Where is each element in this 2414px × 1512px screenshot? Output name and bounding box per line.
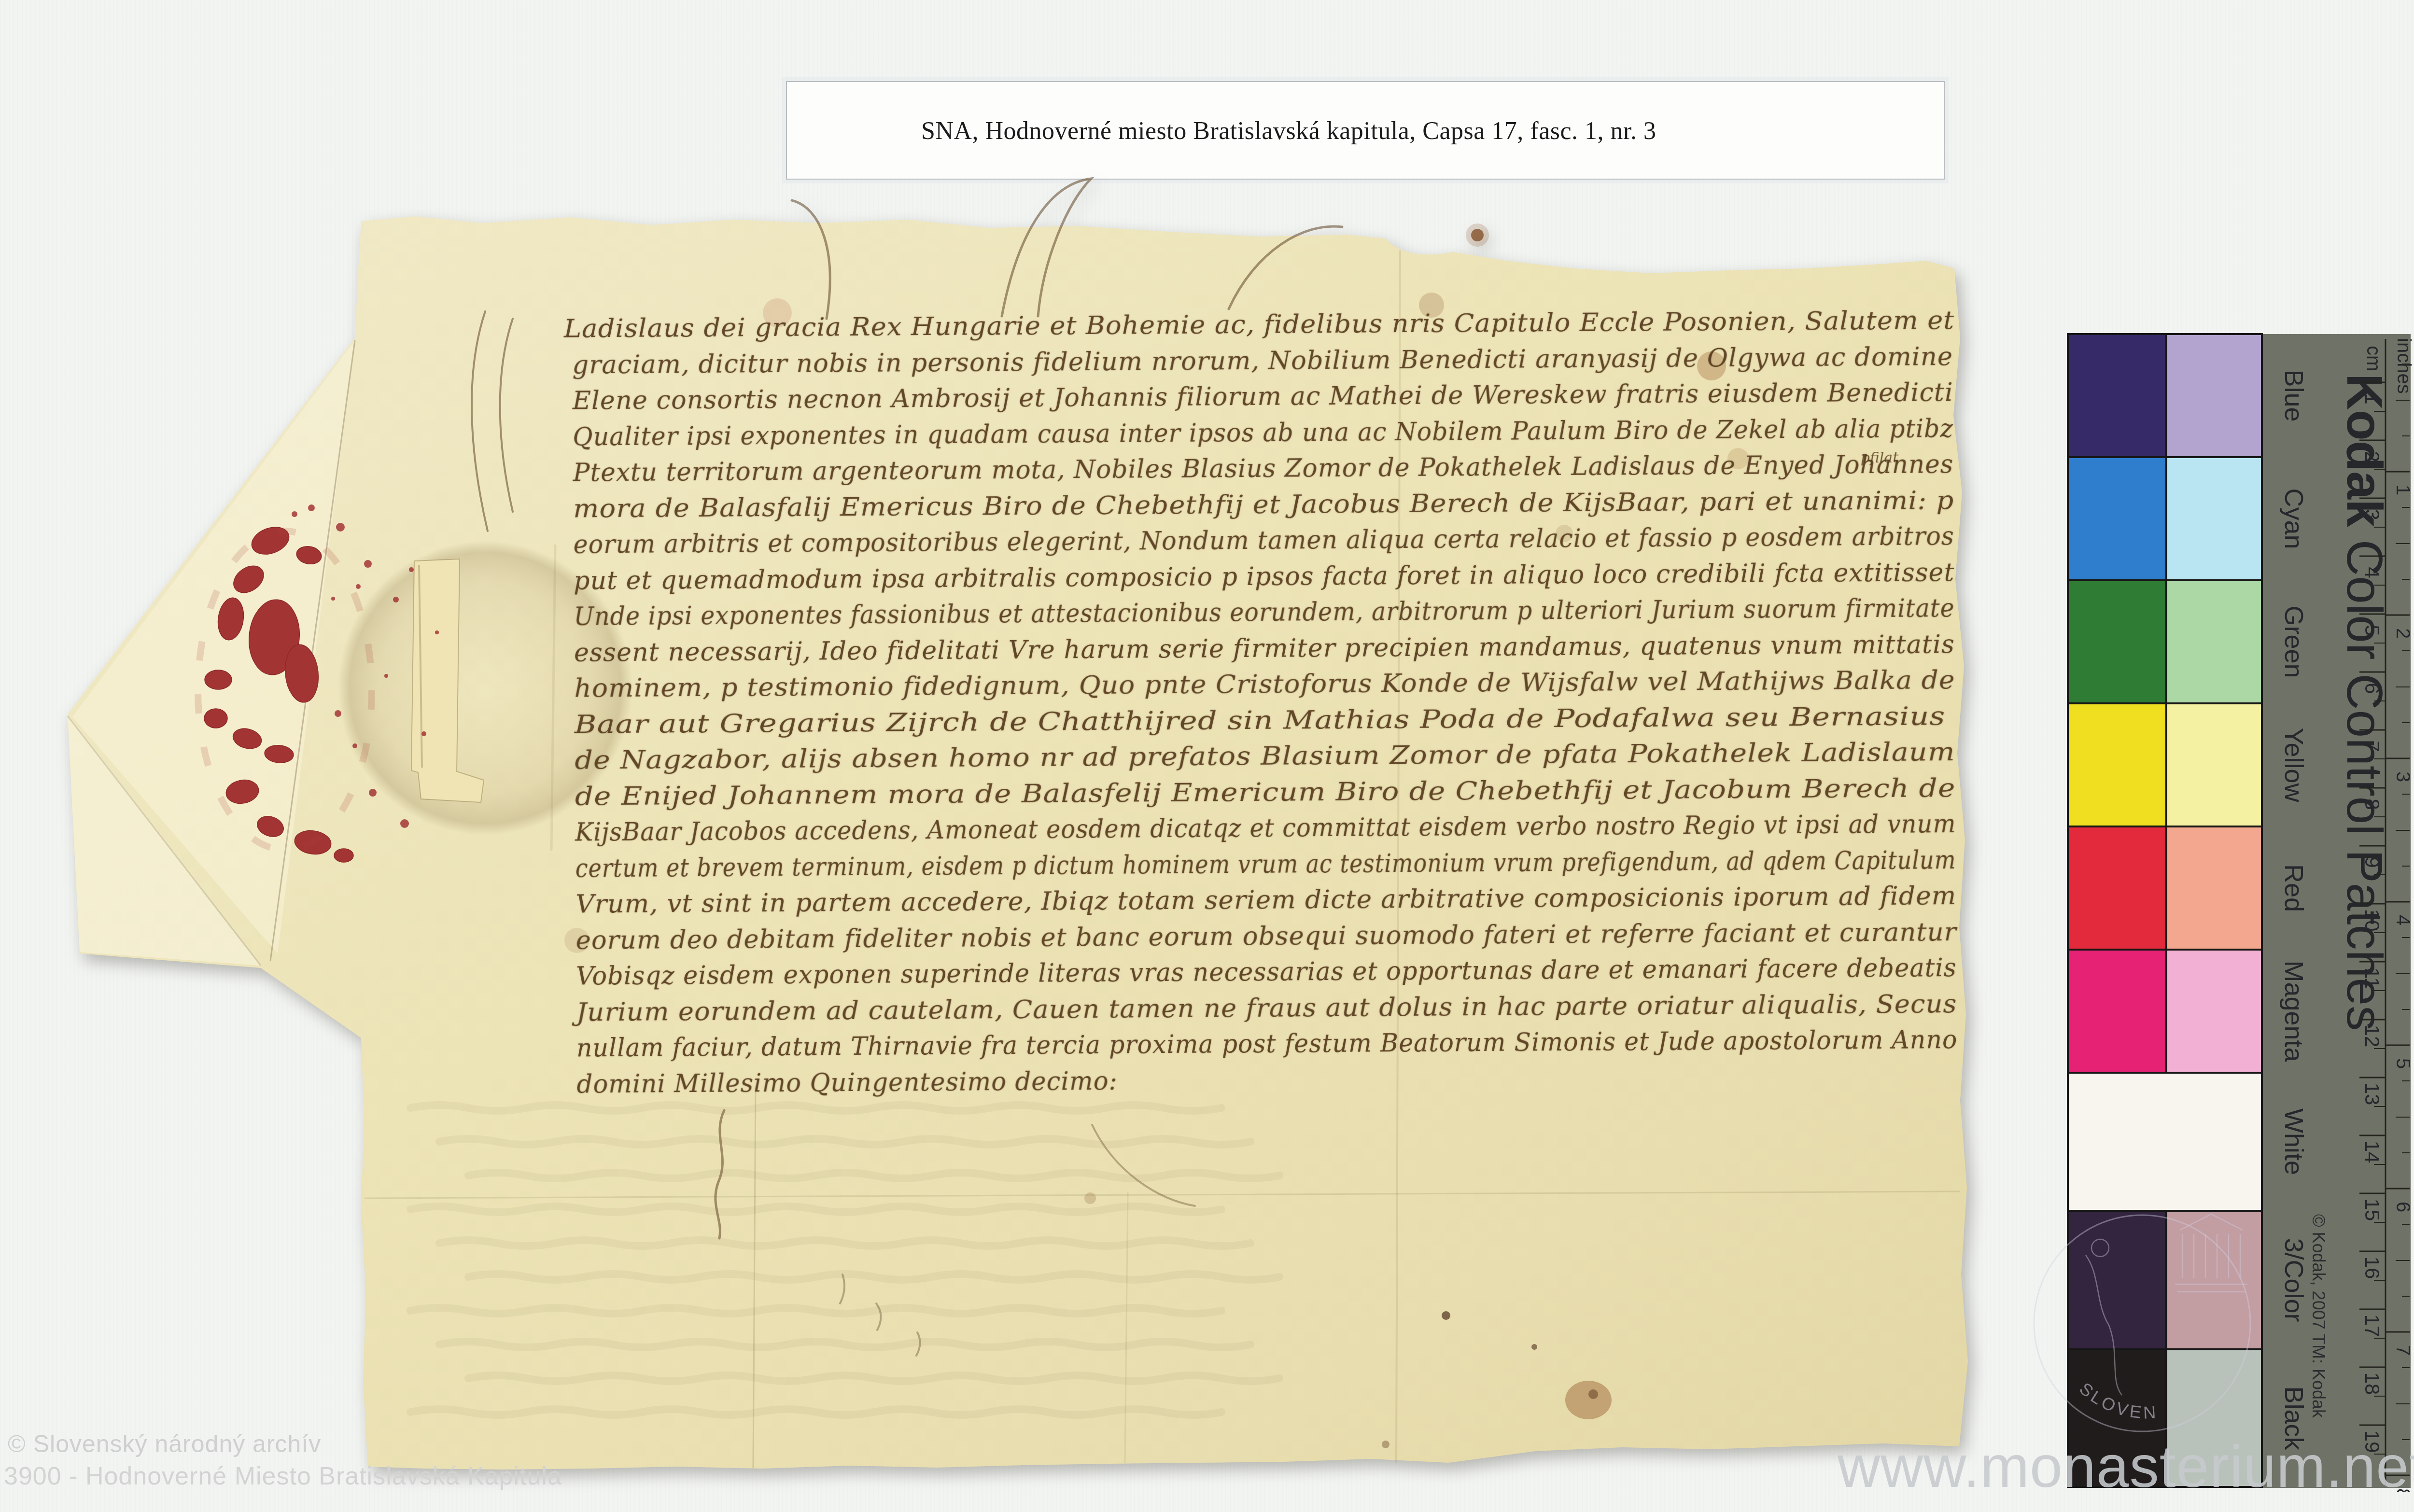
manuscript-line: Qualiter ipsi exponentes in quadam causa… xyxy=(573,414,1953,451)
patch-Yellow xyxy=(2068,703,2166,826)
svg-text:2: 2 xyxy=(2392,628,2412,639)
svg-text:6: 6 xyxy=(2361,683,2384,694)
patch-label: Magenta xyxy=(2279,960,2308,1062)
patch-label: Blue xyxy=(2279,369,2308,421)
ruler-unit-inches: inches xyxy=(2393,338,2412,394)
patch-tint-Blue xyxy=(2166,334,2262,457)
svg-text:11: 11 xyxy=(2361,967,2384,989)
patch-White xyxy=(2068,1073,2262,1211)
ruler-unit-cm: cm xyxy=(2363,346,2384,371)
manuscript-line: Vobisqz eisdem exponen superinde literas… xyxy=(576,953,1957,991)
manuscript-line: domini Millesimo Quingentesimo decimo: xyxy=(576,1067,1118,1099)
svg-text:16: 16 xyxy=(2361,1257,2384,1279)
patch-tint-Magenta xyxy=(2166,950,2262,1073)
manuscript-line: nullam faciur, datum Thirnavie fra terci… xyxy=(576,1025,1958,1063)
patch-label: 3/Color xyxy=(2279,1238,2308,1322)
manuscript-line: KijsBaar Jacobos accedens, Amoneat eosde… xyxy=(575,810,1956,847)
svg-text:18: 18 xyxy=(2361,1372,2384,1395)
patch-Red xyxy=(2068,826,2166,950)
svg-text:8: 8 xyxy=(2361,798,2384,810)
color-patches xyxy=(2068,334,2262,1487)
kodak-copyright: © Kodak, 2007 TM: Kodak xyxy=(2309,1214,2329,1418)
svg-text:14: 14 xyxy=(2361,1141,2384,1163)
kodak-color-strip: SLOVEN KodakColor Control Patches © Koda… xyxy=(2028,333,2412,1492)
monasterium-watermark: www.monasterium.net xyxy=(1838,1433,2414,1500)
patch-tint-Red xyxy=(2166,826,2262,950)
svg-text:2: 2 xyxy=(2361,451,2384,462)
patch-tint-3/Color xyxy=(2166,1211,2262,1349)
manuscript-line: de Enijed Johannem mora de Balasfelij Em… xyxy=(575,774,1956,811)
patch-label: Green xyxy=(2279,605,2308,678)
patch-label: White xyxy=(2279,1108,2308,1175)
svg-text:13: 13 xyxy=(2361,1083,2384,1106)
manuscript-line: Ladislaus dei gracia Rex Hungarie et Boh… xyxy=(564,306,1955,344)
manuscript-line: essent necessarij, Ideo fidelitati Vre h… xyxy=(574,630,1955,667)
svg-text:5: 5 xyxy=(2361,625,2384,636)
manuscript-line: de Nagzabor, alijs absen homo nr ad pref… xyxy=(575,738,1955,775)
patch-label: Cyan xyxy=(2279,488,2308,549)
patch-Green xyxy=(2068,580,2166,703)
manuscript-line: eorum arbitris et compositoribus elegeri… xyxy=(573,522,1954,559)
manuscript-line: Unde ipsi exponentes fassionibus et atte… xyxy=(574,594,1954,631)
manuscript-line: hominem, p testimonio fidedignum, Quo pn… xyxy=(574,666,1955,703)
svg-text:3: 3 xyxy=(2392,771,2412,782)
manuscript-line: mora de Balasfalij Emericus Biro de Cheb… xyxy=(573,486,1954,523)
manuscript-line: certum et brevem terminum, eisdem p dict… xyxy=(575,846,1956,883)
svg-text:7: 7 xyxy=(2361,741,2384,752)
manuscript-line: Ptextu territorum argenteorum mota, Nobi… xyxy=(573,450,1954,487)
patch-label: Red xyxy=(2279,864,2308,912)
patch-tint-Cyan xyxy=(2166,457,2262,580)
patch-labels: BlueCyanGreenYellowRedMagentaWhite3/Colo… xyxy=(2279,369,2308,1450)
patch-3/Color xyxy=(2068,1211,2166,1349)
svg-text:12: 12 xyxy=(2361,1025,2384,1048)
svg-text:4: 4 xyxy=(2392,915,2412,925)
credit-archive: © Slovenský národný archív xyxy=(8,1430,321,1458)
manuscript-line: Vrum, vt sint in partem accedere, Ibiqz … xyxy=(575,882,1956,919)
patch-label: Yellow xyxy=(2279,728,2308,802)
manuscript-line: Elene consortis necnon Ambrosij et Johan… xyxy=(573,378,1953,415)
svg-text:5: 5 xyxy=(2392,1058,2412,1069)
manuscript-line: put et quemadmodum ipsa arbitralis compo… xyxy=(574,558,1955,595)
patch-Magenta xyxy=(2068,950,2166,1073)
svg-text:3: 3 xyxy=(2361,509,2384,520)
patch-tint-Yellow xyxy=(2166,703,2262,826)
svg-text:7: 7 xyxy=(2392,1345,2412,1356)
svg-text:15: 15 xyxy=(2361,1199,2384,1221)
manuscript-line: Baar aut Gregarius Zijrch de Chatthijred… xyxy=(575,702,1946,739)
svg-text:1: 1 xyxy=(2361,393,2384,404)
patch-tint-Green xyxy=(2166,580,2262,703)
svg-text:4: 4 xyxy=(2361,567,2384,578)
patch-Cyan xyxy=(2068,457,2166,580)
svg-text:9: 9 xyxy=(2361,856,2384,868)
credit-fond: 3900 - Hodnoverné Miesto Bratislavská Ka… xyxy=(4,1462,562,1491)
manuscript-line: graciam, dicitur nobis in personis fidel… xyxy=(572,342,1953,379)
patch-Blue xyxy=(2068,334,2166,457)
svg-text:1: 1 xyxy=(2392,485,2412,495)
svg-text:10: 10 xyxy=(2361,909,2384,932)
manuscript-line: eorum deo debitam fideliter nobis et ban… xyxy=(575,918,1957,955)
svg-text:6: 6 xyxy=(2392,1202,2412,1212)
svg-text:17: 17 xyxy=(2361,1315,2384,1337)
scan-canvas: SNA, Hodnoverné miesto Bratislavská kapi… xyxy=(0,0,2414,1512)
manuscript-line: Jurium eorundem ad cautelam, Cauen tamen… xyxy=(576,990,1957,1027)
